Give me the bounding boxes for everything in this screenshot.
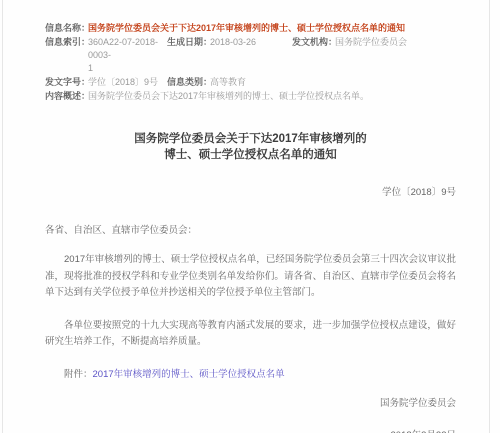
meta-row-info-name: 信息名称： 国务院学位委员会关于下达2017年审核增列的博士、硕士学位授权点名单… bbox=[45, 22, 456, 35]
meta-label-gen-date: 生成日期： bbox=[167, 36, 210, 49]
issue-date: 2018年3月22日 bbox=[45, 427, 456, 433]
document-body: 国务院学位委员会关于下达2017年审核增列的 博士、硕士学位授权点名单的通知 学… bbox=[0, 131, 500, 433]
meta-value-info-category: 高等教育 bbox=[210, 76, 246, 89]
paragraph-1: 2017年审核增列的博士、硕士学位授权点名单，已经国务院学位委员会第三十四次会议… bbox=[45, 252, 456, 302]
document-title-line2: 博士、硕士学位授权点名单的通知 bbox=[45, 147, 456, 163]
meta-row-summary: 内容概述： 国务院学位委员会下达2017年审核增列的博士、硕士学位授权点名单。 bbox=[45, 90, 456, 103]
info-index-line1: 360A22-07-2018-0003- bbox=[88, 37, 158, 60]
page-edge-right bbox=[489, 0, 490, 433]
meta-label-info-name: 信息名称： bbox=[45, 22, 88, 35]
meta-value-info-name: 国务院学位委员会关于下达2017年审核增列的博士、硕士学位授权点名单的通知 bbox=[88, 22, 405, 35]
meta-label-info-index: 信息索引： bbox=[45, 36, 88, 49]
signature: 国务院学位委员会 bbox=[45, 395, 456, 409]
salutation: 各省、自治区、直辖市学位委员会： bbox=[45, 222, 456, 236]
info-index-line2: 1 bbox=[88, 63, 93, 73]
meta-row-index-date-org: 信息索引： 360A22-07-2018-0003-1 生成日期： 2018-0… bbox=[45, 36, 456, 75]
meta-value-doc-number: 学位〔2018〕9号 bbox=[88, 76, 167, 89]
meta-label-summary: 内容概述： bbox=[45, 90, 88, 103]
meta-label-info-category: 信息类别： bbox=[167, 76, 210, 89]
metadata-section: 信息名称： 国务院学位委员会关于下达2017年审核增列的博士、硕士学位授权点名单… bbox=[0, 0, 500, 103]
meta-value-gen-date: 2018-03-26 bbox=[210, 36, 292, 49]
meta-label-issuing-org: 发文机构： bbox=[292, 36, 335, 49]
attachment-line: 附件：2017年审核增列的博士、硕士学位授权点名单 bbox=[45, 366, 456, 380]
document-title-line1: 国务院学位委员会关于下达2017年审核增列的 bbox=[45, 131, 456, 147]
attachment-link[interactable]: 2017年审核增列的博士、硕士学位授权点名单 bbox=[93, 369, 285, 380]
paragraph-2: 各单位要按照党的十九大实现高等教育内涵式发展的要求，进一步加强学位授权点建设，做… bbox=[45, 318, 456, 351]
meta-label-doc-number: 发文字号： bbox=[45, 76, 88, 89]
meta-value-issuing-org: 国务院学位委员会 bbox=[335, 36, 407, 49]
meta-row-number-category: 发文字号： 学位〔2018〕9号 信息类别： 高等教育 bbox=[45, 76, 456, 89]
document-title: 国务院学位委员会关于下达2017年审核增列的 博士、硕士学位授权点名单的通知 bbox=[45, 131, 456, 163]
meta-value-info-index: 360A22-07-2018-0003-1 bbox=[88, 36, 167, 75]
meta-value-summary: 国务院学位委员会下达2017年审核增列的博士、硕士学位授权点名单。 bbox=[88, 90, 369, 103]
attachment-label: 附件： bbox=[64, 369, 93, 380]
document-number: 学位〔2018〕9号 bbox=[45, 184, 456, 198]
page-edge-left bbox=[2, 0, 3, 433]
